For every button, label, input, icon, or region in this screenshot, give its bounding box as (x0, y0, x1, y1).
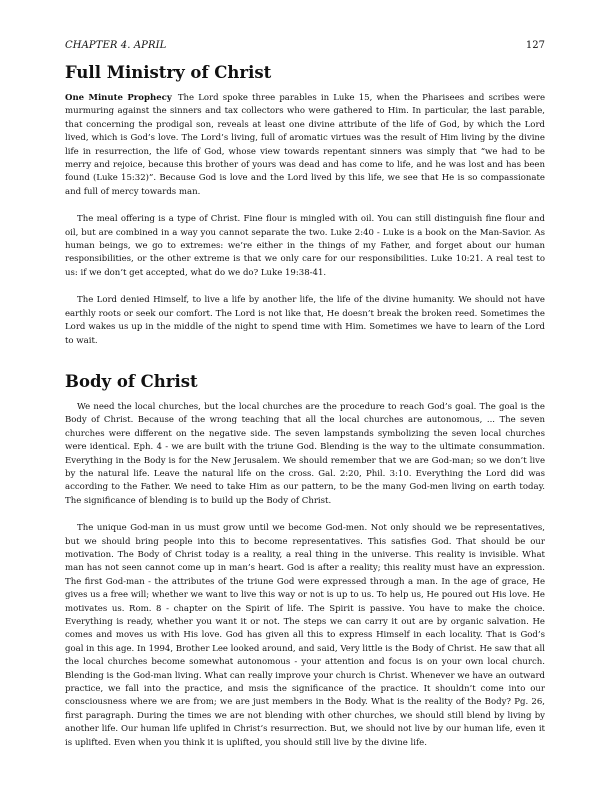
paragraph: We need the local churches, but the loca… (65, 401, 545, 508)
paragraph: One Minute ProphecyThe Lord spoke three … (65, 92, 545, 199)
running-header: CHAPTER 4. APRIL 127 (65, 40, 545, 52)
paragraph-text: The Lord spoke three parables in Luke 15… (65, 93, 545, 197)
page-number: 127 (526, 40, 545, 51)
section-title-body-of-christ: Body of Christ (65, 372, 545, 392)
paragraph: The unique God-man in us must grow until… (65, 522, 545, 750)
paragraph: The Lord denied Himself, to live a life … (65, 294, 545, 348)
paragraph: The meal offering is a type of Christ. F… (65, 213, 545, 280)
chapter-label: CHAPTER 4. APRIL (65, 40, 166, 51)
document-page: CHAPTER 4. APRIL 127 Full Ministry of Ch… (65, 40, 545, 750)
section-title-full-ministry: Full Ministry of Christ (65, 63, 545, 83)
run-in-heading: One Minute Prophecy (65, 93, 172, 103)
